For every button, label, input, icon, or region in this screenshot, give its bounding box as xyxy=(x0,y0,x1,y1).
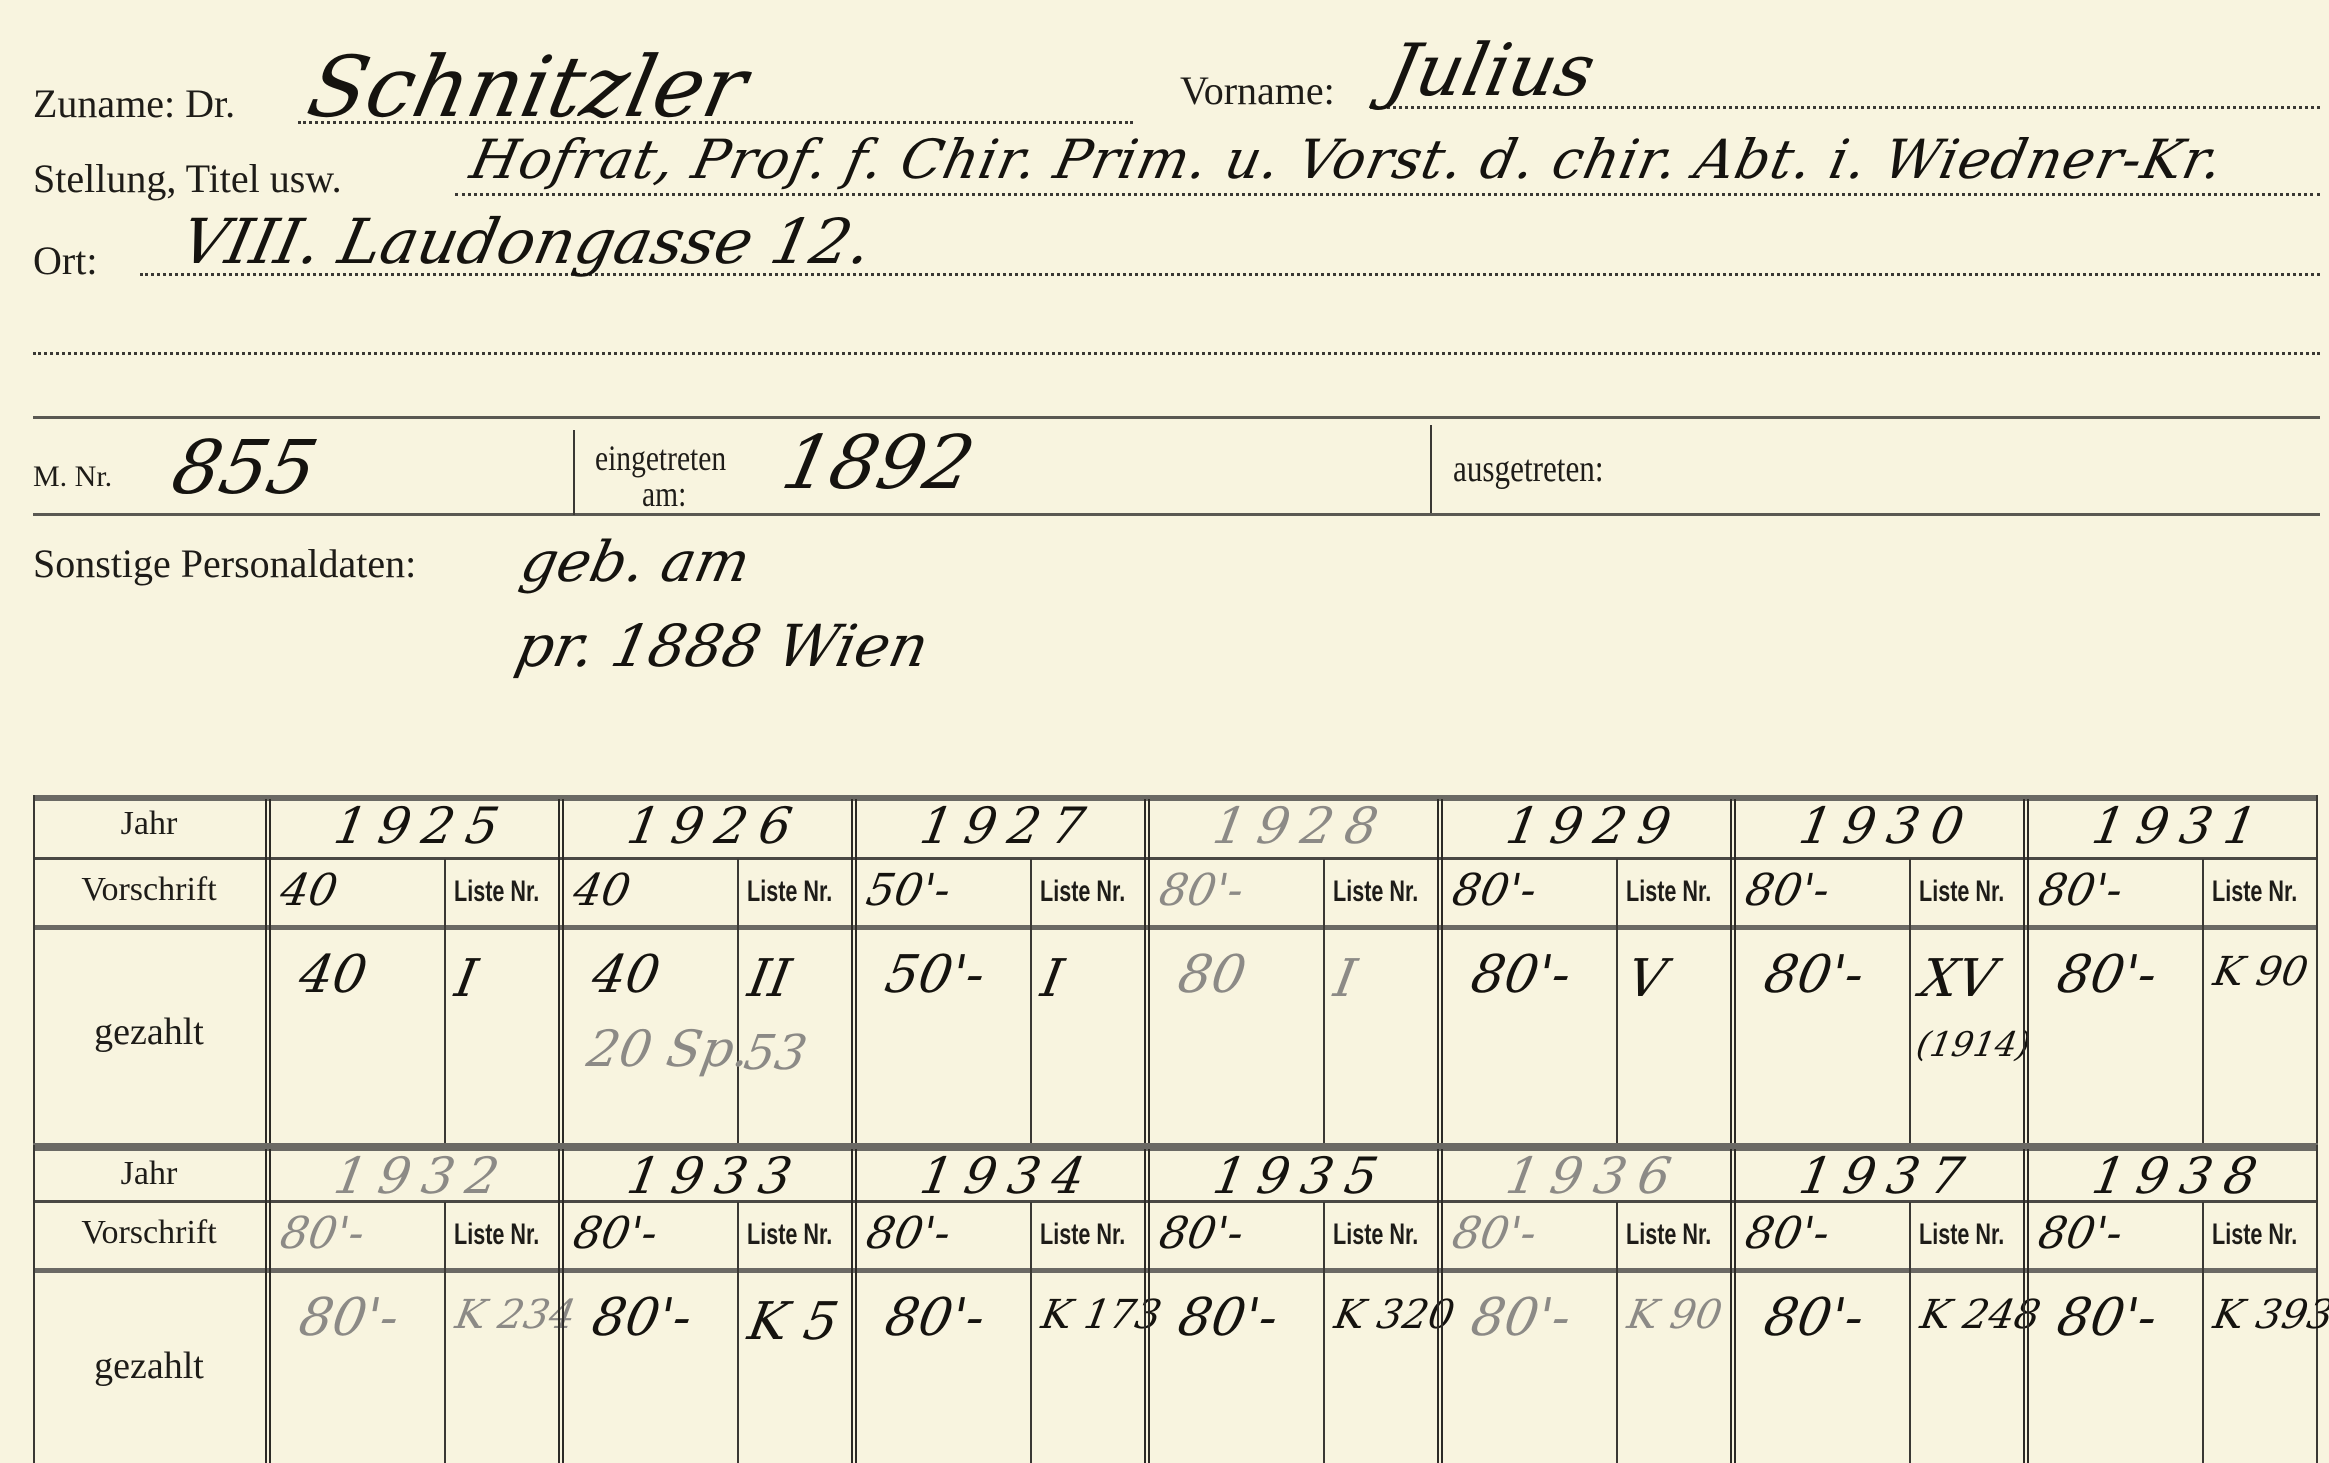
liste-nr-label: Liste Nr. xyxy=(1333,1218,1418,1252)
stellung-value: Hofrat, Prof. f. Chir. Prim. u. Vorst. d… xyxy=(465,128,2229,191)
liste-nr-label: Liste Nr. xyxy=(747,875,832,909)
liste-nr-label: Liste Nr. xyxy=(1333,875,1418,909)
sonstige-label: Sonstige Personaldaten: xyxy=(33,540,416,587)
column-divider xyxy=(1730,799,1736,1143)
row-label-vorschrift: Vorschrift xyxy=(33,871,265,909)
liste-cell: I xyxy=(1330,949,1361,1009)
gezahlt-cell: 80'- xyxy=(295,1288,404,1348)
gezahlt-cell: 80'- xyxy=(1467,945,1576,1005)
ort-value: VIII. Laudongasse 12. xyxy=(175,205,878,278)
payment-table: JahrVorschriftgezahlt192540Liste Nr.40I1… xyxy=(33,795,2318,1463)
liste-cell-extra: 53 xyxy=(740,1025,811,1081)
row-label-jahr: Jahr xyxy=(33,805,265,843)
column-divider xyxy=(1144,1149,1150,1463)
sub-column-divider xyxy=(444,1202,446,1463)
vorschrift-cell: 80'- xyxy=(863,1208,955,1259)
year-cell: 1936 xyxy=(1502,1147,1687,1205)
sub-column-divider xyxy=(1909,1202,1911,1463)
liste-nr-label: Liste Nr. xyxy=(747,1218,832,1252)
year-cell: 1935 xyxy=(1209,1147,1394,1205)
sub-column-divider xyxy=(737,1202,739,1463)
vorschrift-cell: 80'- xyxy=(1742,1208,1834,1259)
column-divider xyxy=(558,1149,564,1463)
divider-1 xyxy=(573,430,575,515)
ort-label: Ort: xyxy=(33,237,97,284)
column-divider xyxy=(1437,799,1443,1143)
liste-cell: I xyxy=(1037,949,1068,1009)
sub-column-divider xyxy=(1030,859,1032,1143)
divider-2 xyxy=(1430,425,1432,513)
sub-column-divider xyxy=(1323,859,1325,1143)
vorschrift-cell: 80'- xyxy=(277,1208,369,1259)
gezahlt-cell: 40 xyxy=(295,945,372,1005)
vorschrift-cell: 50'- xyxy=(863,865,955,916)
liste-cell-extra: (1914) xyxy=(1913,1025,2033,1065)
liste-cell: K 90 xyxy=(2210,949,2312,995)
table-border xyxy=(33,795,35,1143)
table-rule xyxy=(33,857,2318,860)
vorschrift-cell: 80'- xyxy=(1449,1208,1541,1259)
liste-nr-label: Liste Nr. xyxy=(454,875,539,909)
sonstige-line2: pr. 1888 Wien xyxy=(510,612,935,680)
row-label-jahr: Jahr xyxy=(33,1155,265,1193)
sub-column-divider xyxy=(1616,859,1618,1143)
gezahlt-cell-extra: 20 Sp. xyxy=(583,1020,755,1078)
column-divider xyxy=(1437,1149,1443,1463)
liste-nr-label: Liste Nr. xyxy=(1040,1218,1125,1252)
liste-nr-label: Liste Nr. xyxy=(1919,1218,2004,1252)
gezahlt-cell: 80'- xyxy=(588,1288,697,1348)
column-divider xyxy=(1144,799,1150,1143)
liste-cell: K 393 xyxy=(2210,1292,2329,1338)
column-divider xyxy=(1730,1149,1736,1463)
sub-column-divider xyxy=(2202,859,2204,1143)
column-divider xyxy=(2023,1149,2029,1463)
gezahlt-cell: 80 xyxy=(1174,945,1251,1005)
sub-column-divider xyxy=(1323,1202,1325,1463)
gezahlt-cell: 80'- xyxy=(2053,945,2162,1005)
gezahlt-cell: 80'- xyxy=(1174,1288,1283,1348)
blank-line xyxy=(33,352,2320,355)
gezahlt-cell: 80'- xyxy=(1760,1288,1869,1348)
liste-nr-label: Liste Nr. xyxy=(2212,875,2297,909)
year-cell: 1932 xyxy=(330,1147,515,1205)
vorschrift-cell: 80'- xyxy=(2035,1208,2127,1259)
gezahlt-cell: 80'- xyxy=(2053,1288,2162,1348)
vorname-value: Julius xyxy=(1380,28,1602,112)
vorschrift-cell: 80'- xyxy=(1742,865,1834,916)
table-border xyxy=(2316,795,2318,1143)
year-cell: 1933 xyxy=(623,1147,808,1205)
sub-column-divider xyxy=(444,859,446,1143)
liste-cell: K 90 xyxy=(1624,1292,1726,1338)
column-divider xyxy=(558,799,564,1143)
sub-column-divider xyxy=(1616,1202,1618,1463)
vorschrift-cell: 40 xyxy=(277,865,342,916)
sub-column-divider xyxy=(1909,859,1911,1143)
vorschrift-cell: 80'- xyxy=(1156,1208,1248,1259)
column-divider xyxy=(265,799,271,1143)
liste-nr-label: Liste Nr. xyxy=(1626,1218,1711,1252)
table-rule xyxy=(33,1268,2318,1273)
year-cell: 1931 xyxy=(2088,797,2273,855)
vorschrift-cell: 80'- xyxy=(570,1208,662,1259)
gezahlt-cell: 40 xyxy=(588,945,665,1005)
year-cell: 1934 xyxy=(916,1147,1101,1205)
zuname-value: Schnitzler xyxy=(300,38,755,136)
eingetreten-value: 1892 xyxy=(775,420,982,506)
liste-cell: K 5 xyxy=(744,1292,843,1352)
liste-nr-label: Liste Nr. xyxy=(1626,875,1711,909)
year-cell: 1925 xyxy=(330,797,515,855)
separator-top xyxy=(33,416,2320,419)
sonstige-line1: geb. am xyxy=(515,530,756,595)
liste-nr-label: Liste Nr. xyxy=(1040,875,1125,909)
vorschrift-cell: 80'- xyxy=(1156,865,1248,916)
vorschrift-cell: 80'- xyxy=(1449,865,1541,916)
row-label-gezahlt: gezahlt xyxy=(33,1344,265,1388)
liste-nr-label: Liste Nr. xyxy=(1919,875,2004,909)
year-cell: 1937 xyxy=(1795,1147,1980,1205)
column-divider xyxy=(265,1149,271,1463)
liste-nr-label: Liste Nr. xyxy=(454,1218,539,1252)
column-divider xyxy=(851,1149,857,1463)
ausgetreten-label: ausgetreten: xyxy=(1453,447,1604,491)
mnr-value: 855 xyxy=(165,425,325,511)
separator-bottom xyxy=(33,513,2320,516)
liste-cell: II xyxy=(744,949,796,1009)
eingetreten-label-2: am: xyxy=(642,473,686,515)
sub-column-divider xyxy=(1030,1202,1032,1463)
mnr-label: M. Nr. xyxy=(33,460,112,494)
stellung-label: Stellung, Titel usw. xyxy=(33,155,342,202)
column-divider xyxy=(2023,799,2029,1143)
liste-cell: V xyxy=(1623,949,1671,1009)
liste-nr-label: Liste Nr. xyxy=(2212,1218,2297,1252)
column-divider xyxy=(851,799,857,1143)
year-cell: 1930 xyxy=(1795,797,1980,855)
gezahlt-cell: 80'- xyxy=(1760,945,1869,1005)
vorname-label: Vorname: xyxy=(1180,67,1335,114)
stellung-line xyxy=(455,193,2320,196)
row-label-vorschrift: Vorschrift xyxy=(33,1214,265,1252)
gezahlt-cell: 80'- xyxy=(881,1288,990,1348)
zuname-label: Zuname: Dr. xyxy=(33,80,235,127)
table-rule xyxy=(33,925,2318,930)
row-label-gezahlt: gezahlt xyxy=(33,1010,265,1054)
sub-column-divider xyxy=(2202,1202,2204,1463)
sub-column-divider xyxy=(737,859,739,1143)
liste-cell: I xyxy=(451,949,482,1009)
liste-cell: XV xyxy=(1916,949,2001,1009)
vorschrift-cell: 40 xyxy=(570,865,635,916)
year-cell: 1926 xyxy=(623,797,808,855)
gezahlt-cell: 80'- xyxy=(1467,1288,1576,1348)
year-cell: 1927 xyxy=(916,797,1101,855)
year-cell: 1929 xyxy=(1502,797,1687,855)
gezahlt-cell: 50'- xyxy=(881,945,990,1005)
vorschrift-cell: 80'- xyxy=(2035,865,2127,916)
year-cell: 1938 xyxy=(2088,1147,2273,1205)
year-cell: 1928 xyxy=(1209,797,1394,855)
